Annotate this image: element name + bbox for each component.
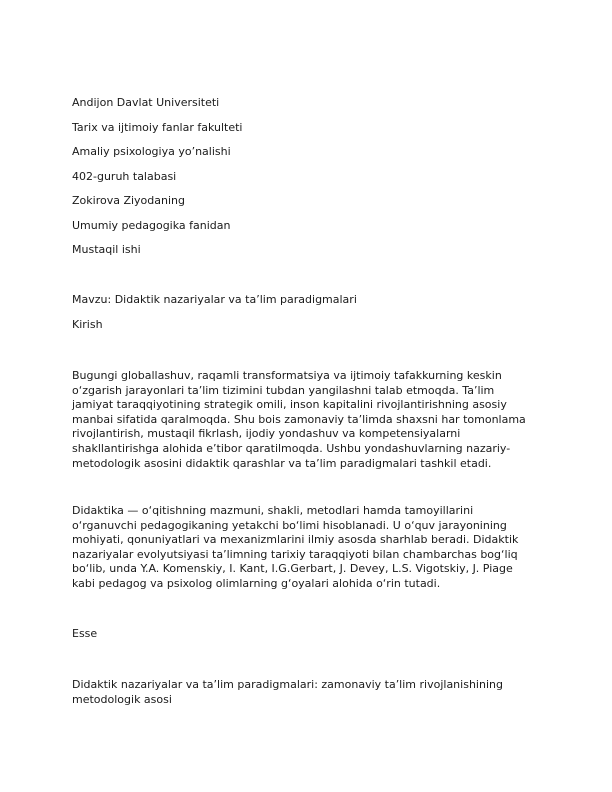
topic-title: Mavzu: Didaktik nazariyalar va ta’lim pa… — [72, 293, 357, 306]
study-direction: Amaliy psixologiya yo’nalishi — [72, 145, 231, 158]
paragraph-line: rivojlantirish, mustaqil fikrlash, ijodi… — [72, 427, 540, 442]
paragraph-line: bo‘lib, unda Y.A. Komenskiy, I. Kant, I.… — [72, 562, 540, 577]
essay-title-line: metodologik asosi — [72, 693, 540, 708]
paragraph-line: metodologik asosini didaktik qarashlar v… — [72, 457, 540, 472]
subject-name: Umumiy pedagogika fanidan — [72, 219, 231, 232]
paragraph-line: jamiyat taraqqiyotining strategik omili,… — [72, 398, 540, 413]
paragraph-line: manbai sifatida qaralmoqda. Shu bois zam… — [72, 413, 540, 428]
essay-title-line: Didaktik nazariyalar va ta’lim paradigma… — [72, 678, 540, 693]
work-type: Mustaqil ishi — [72, 243, 141, 256]
essay-title: Didaktik nazariyalar va ta’lim paradigma… — [72, 678, 540, 707]
intro-paragraph-1: Bugungi globallashuv, raqamli transforma… — [72, 369, 540, 471]
paragraph-line: Didaktika — o‘qitishning mazmuni, shakli… — [72, 504, 540, 519]
student-name: Zokirova Ziyodaning — [72, 194, 185, 207]
paragraph-line: mohiyati, qonuniyatlari va mexanizmlarin… — [72, 533, 540, 548]
paragraph-line: nazariyalar evolyutsiyasi ta’limning tar… — [72, 548, 540, 563]
paragraph-line: kabi pedagog va psixolog olimlarning g‘o… — [72, 577, 540, 592]
paragraph-line: shakllantirishga alohida e’tibor qaratil… — [72, 442, 540, 457]
university-name: Andijon Davlat Universiteti — [72, 96, 219, 109]
intro-heading: Kirish — [72, 318, 103, 331]
group-label: 402-guruh talabasi — [72, 170, 176, 183]
paragraph-line: o‘zgarish jarayonlari ta’lim tizimini tu… — [72, 384, 540, 399]
document-page: Andijon Davlat Universiteti Tarix va ijt… — [0, 0, 612, 792]
faculty-name: Tarix va ijtimoiy fanlar fakulteti — [72, 121, 242, 134]
paragraph-line: Bugungi globallashuv, raqamli transforma… — [72, 369, 540, 384]
paragraph-line: o‘rganuvchi pedagogikaning yetakchi bo‘l… — [72, 519, 540, 534]
essay-heading: Esse — [72, 627, 97, 640]
intro-paragraph-2: Didaktika — o‘qitishning mazmuni, shakli… — [72, 504, 540, 592]
